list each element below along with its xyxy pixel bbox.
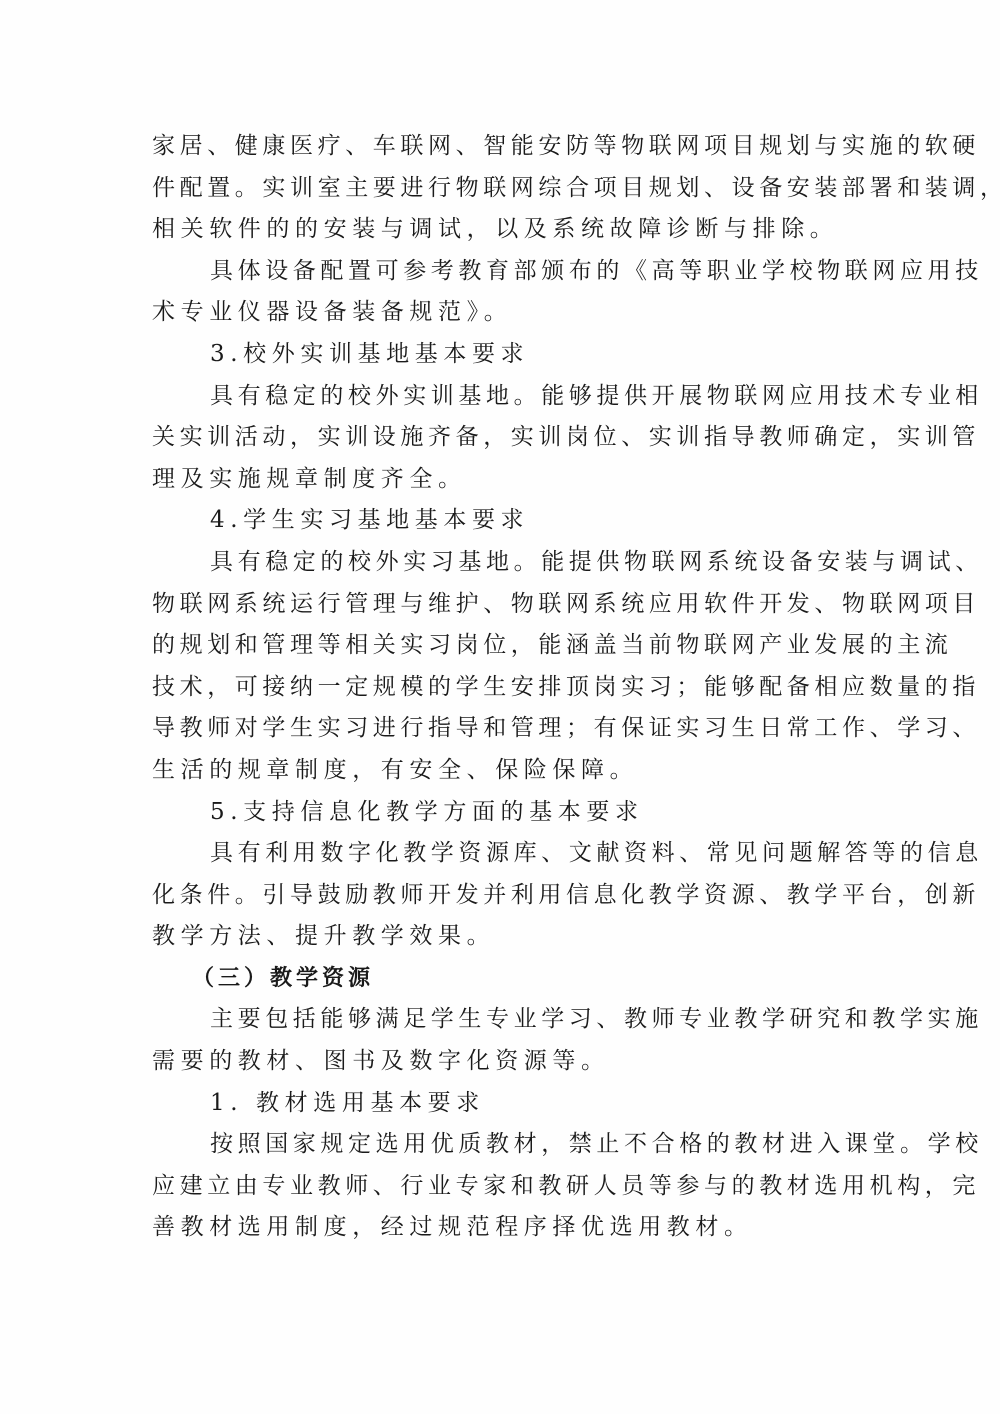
text-line: 按照国家规定选用优质教材，禁止不合格的教材进入课堂。学校 <box>152 1124 852 1166</box>
paragraph-offcampus-training: 具有稳定的校外实训基地。能够提供开展物联网应用技术专业相 关实训活动，实训设施齐… <box>152 376 852 501</box>
text-line: 物联网系统运行管理与维护、物联网系统应用软件开发、物联网项目 <box>152 584 852 626</box>
text-line: 技术，可接纳一定规模的学生安排顶岗实习；能够配备相应数量的指 <box>152 667 852 709</box>
paragraph-equipment-reference: 具体设备配置可参考教育部颁布的《高等职业学校物联网应用技 术专业仪器设备装备规范… <box>152 251 852 334</box>
text-line: 具有稳定的校外实习基地。能提供物联网系统设备安装与调试、 <box>152 542 852 584</box>
subheading-textbook-selection: 1. 教材选用基本要求 <box>152 1083 852 1125</box>
text-line: 具有稳定的校外实训基地。能够提供开展物联网应用技术专业相 <box>152 376 852 418</box>
paragraph-internship-base: 具有稳定的校外实习基地。能提供物联网系统设备安装与调试、 物联网系统运行管理与维… <box>152 542 852 792</box>
text-line: 相关软件的的安装与调试，以及系统故障诊断与排除。 <box>152 209 852 251</box>
text-line: 教学方法、提升教学效果。 <box>152 916 852 958</box>
document-page: 家居、健康医疗、车联网、智能安防等物联网项目规划与实施的软硬 件配置。实训室主要… <box>0 0 1000 1414</box>
subheading-informatization: 5.支持信息化教学方面的基本要求 <box>152 792 852 834</box>
paragraph-textbook-selection: 按照国家规定选用优质教材，禁止不合格的教材进入课堂。学校 应建立由专业教师、行业… <box>152 1124 852 1249</box>
text-line: 善教材选用制度，经过规范程序择优选用教材。 <box>152 1207 852 1249</box>
text-line: 术专业仪器设备装备规范》。 <box>152 292 852 334</box>
text-line: 具体设备配置可参考教育部颁布的《高等职业学校物联网应用技 <box>152 251 852 293</box>
paragraph-informatization: 具有利用数字化教学资源库、文献资料、常见问题解答等的信息 化条件。引导鼓励教师开… <box>152 833 852 958</box>
section-heading-teaching-resources: （三）教学资源 <box>152 958 852 1000</box>
paragraph-lab-configuration: 家居、健康医疗、车联网、智能安防等物联网项目规划与实施的软硬 件配置。实训室主要… <box>152 126 852 251</box>
text-line: 具有利用数字化教学资源库、文献资料、常见问题解答等的信息 <box>152 833 852 875</box>
text-line: 件配置。实训室主要进行物联网综合项目规划、设备安装部署和装调， <box>152 168 852 210</box>
text-line: 家居、健康医疗、车联网、智能安防等物联网项目规划与实施的软硬 <box>152 126 852 168</box>
text-line: 主要包括能够满足学生专业学习、教师专业教学研究和教学实施 <box>152 999 852 1041</box>
text-line: 导教师对学生实习进行指导和管理；有保证实习生日常工作、学习、 <box>152 708 852 750</box>
subheading-offcampus-training: 3.校外实训基地基本要求 <box>152 334 852 376</box>
page-content: 家居、健康医疗、车联网、智能安防等物联网项目规划与实施的软硬 件配置。实训室主要… <box>152 126 852 1249</box>
text-line: 生活的规章制度，有安全、保险保障。 <box>152 750 852 792</box>
paragraph-teaching-resources: 主要包括能够满足学生专业学习、教师专业教学研究和教学实施 需要的教材、图书及数字… <box>152 999 852 1082</box>
text-line: 理及实施规章制度齐全。 <box>152 459 852 501</box>
text-line: 的规划和管理等相关实习岗位，能涵盖当前物联网产业发展的主流 <box>152 625 852 667</box>
text-line: 应建立由专业教师、行业专家和教研人员等参与的教材选用机构，完 <box>152 1166 852 1208</box>
text-line: 需要的教材、图书及数字化资源等。 <box>152 1041 852 1083</box>
text-line: 化条件。引导鼓励教师开发并利用信息化教学资源、教学平台，创新 <box>152 875 852 917</box>
text-line: 关实训活动，实训设施齐备，实训岗位、实训指导教师确定，实训管 <box>152 417 852 459</box>
subheading-internship-base: 4.学生实习基地基本要求 <box>152 500 852 542</box>
